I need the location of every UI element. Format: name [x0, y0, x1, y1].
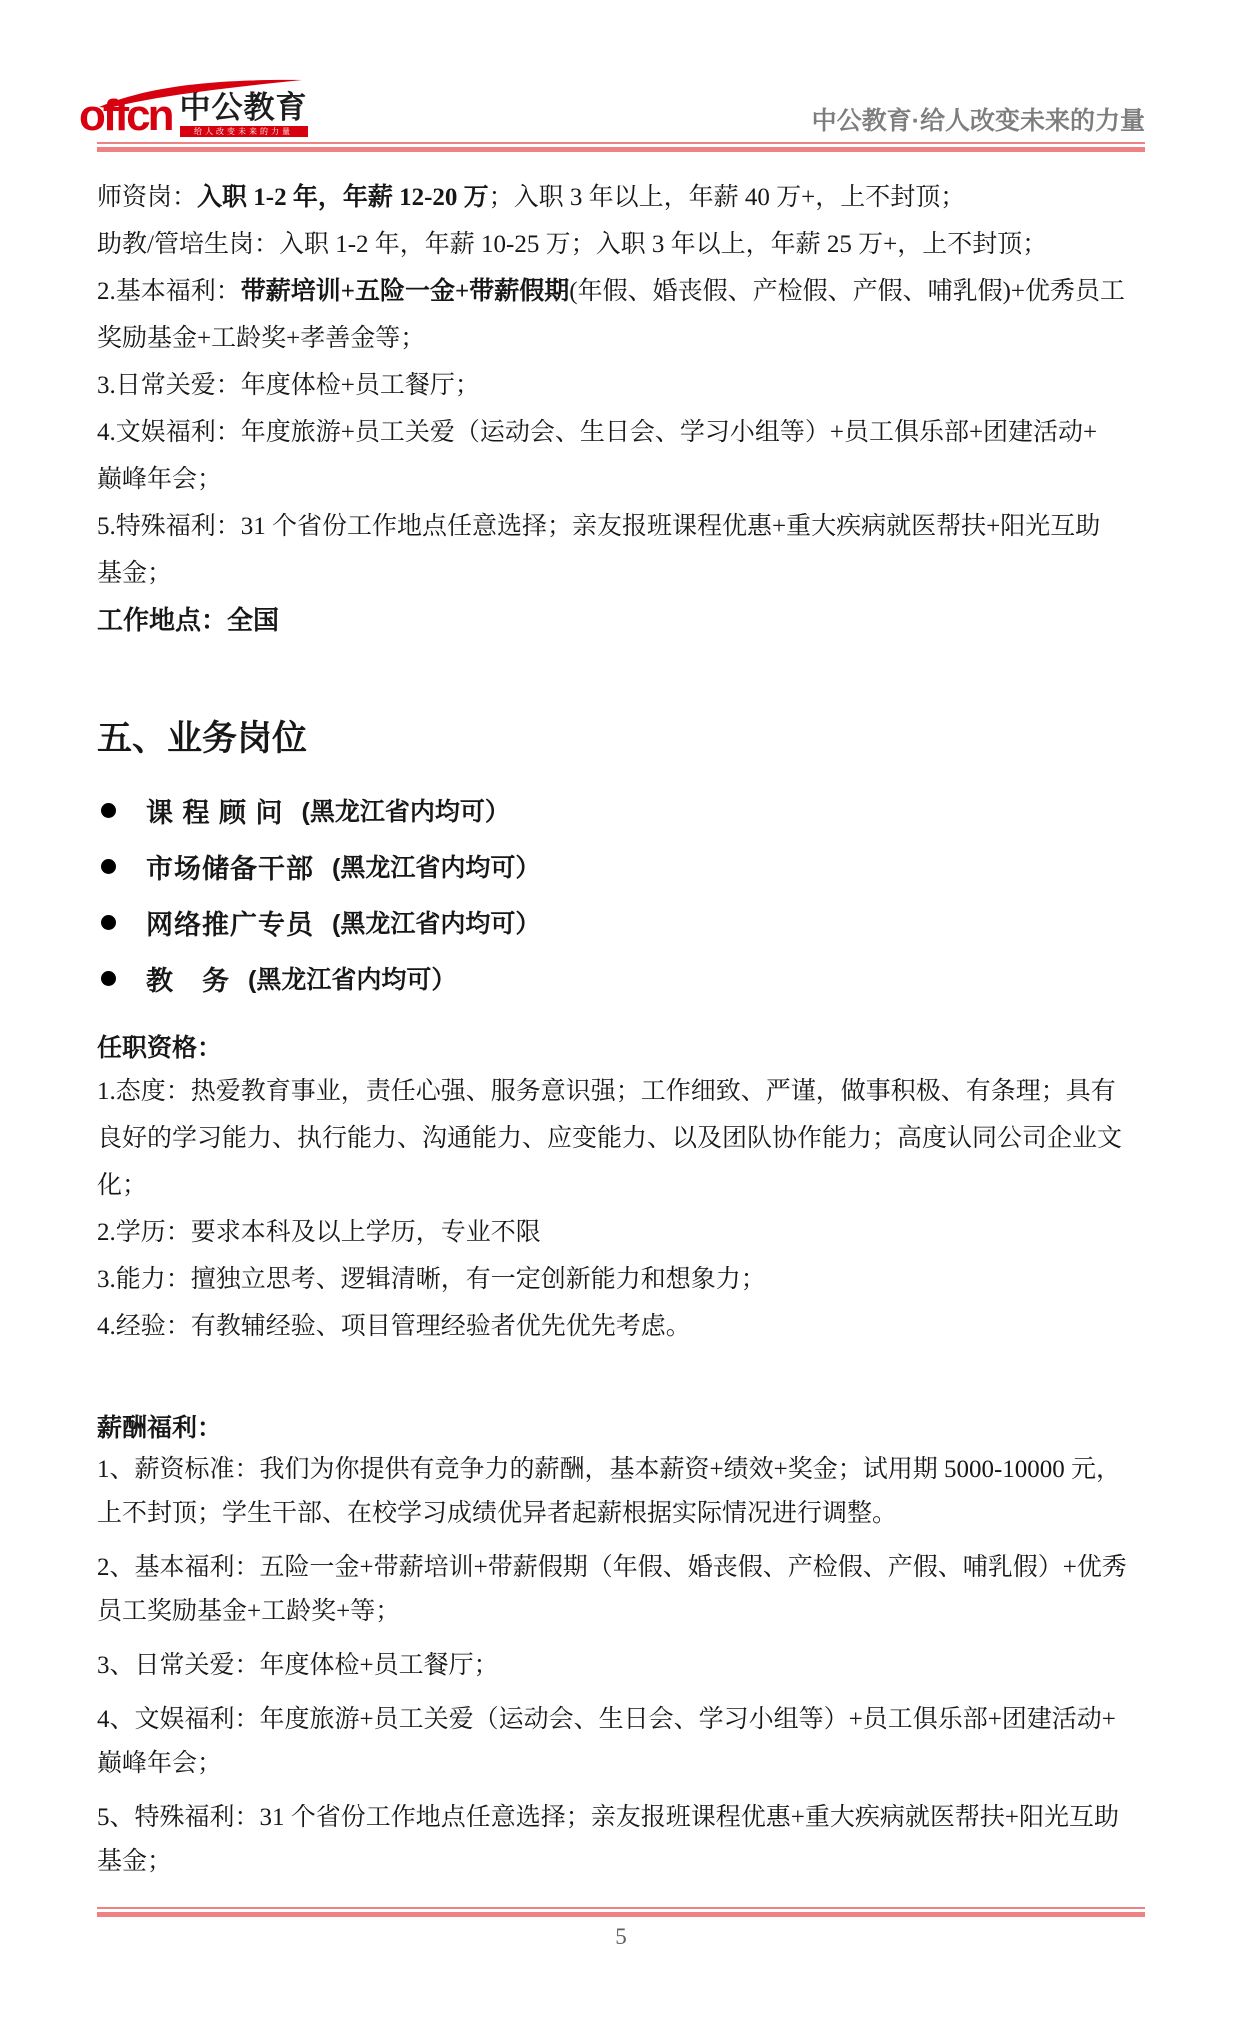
- intro-line: 巅峰年会；: [97, 456, 1145, 503]
- intro-line: 基金；: [97, 550, 1145, 597]
- bullet-dot-icon: [101, 859, 116, 874]
- position-item: 市场储备干部 (黑龙江省内均可）: [97, 838, 1145, 894]
- benefit-paragraph: 3、日常关爱：年度体检+员工餐厅；: [97, 1644, 1145, 1688]
- intro-line: 5.特殊福利：31 个省份工作地点任意选择；亲友报班课程优惠+重大疾病就医帮扶+…: [97, 503, 1145, 550]
- benefits-heading: 薪酬福利：: [97, 1408, 1145, 1448]
- benefit-line: 巅峰年会；: [97, 1742, 1145, 1786]
- intro-line: 助教/管培生岗：入职 1-2 年，年薪 10-25 万；入职 3 年以上，年薪 …: [97, 221, 1145, 268]
- position-location-note: (黑龙江省内均可）: [248, 960, 456, 996]
- footer-rule: [97, 1907, 1145, 1917]
- qualification-line: 4.经验：有教辅经验、项目管理经验者优先优先考虑。: [97, 1303, 1145, 1350]
- page-header: offcn 中公教育 给人改变未来的力量 中公教育·给人改变未来的力量: [97, 0, 1145, 138]
- position-item: 课 程 顾 问 (黑龙江省内均可）: [97, 782, 1145, 838]
- position-location-note: (黑龙江省内均可）: [332, 848, 540, 884]
- benefit-paragraph: 5、特殊福利：31 个省份工作地点任意选择；亲友报班课程优惠+重大疾病就医帮扶+…: [97, 1796, 1145, 1884]
- intro-line: 2.基本福利：带薪培训+五险一金+带薪假期(年假、婚丧假、产检假、产假、哺乳假)…: [97, 268, 1145, 315]
- benefit-line: 4、文娱福利：年度旅游+员工关爱（运动会、生日会、学习小组等）+员工俱乐部+团建…: [97, 1698, 1145, 1742]
- header-rule-band: [97, 147, 1145, 152]
- footer-rule-band: [97, 1912, 1145, 1917]
- offcn-logo: offcn 中公教育 给人改变未来的力量: [79, 86, 308, 138]
- qualification-line: 良好的学习能力、执行能力、沟通能力、应变能力、以及团队协作能力；高度认同公司企业…: [97, 1115, 1145, 1162]
- bullet-dot-icon: [101, 915, 116, 930]
- intro-line: 奖励基金+工龄奖+孝善金等；: [97, 315, 1145, 362]
- section-title: 五、业务岗位: [97, 716, 1145, 762]
- benefit-line: 3、日常关爱：年度体检+员工餐厅；: [97, 1644, 1145, 1688]
- header-rule: [97, 142, 1145, 152]
- benefit-line: 上不封顶；学生干部、在校学习成绩优异者起薪根据实际情况进行调整。: [97, 1492, 1145, 1536]
- logo-brand-block: 中公教育 给人改变未来的力量: [180, 91, 308, 138]
- qualifications-heading: 任职资格：: [97, 1028, 1145, 1068]
- position-item: 网络推广专员 (黑龙江省内均可）: [97, 894, 1145, 950]
- bullet-dot-icon: [101, 803, 116, 818]
- bullet-dot-icon: [101, 971, 116, 986]
- document-body: 师资岗：入职 1-2 年，年薪 12-20 万；入职 3 年以上，年薪 40 万…: [97, 174, 1145, 1884]
- document-page: offcn 中公教育 给人改变未来的力量 中公教育·给人改变未来的力量 师资岗：…: [0, 0, 1242, 2037]
- position-list: 课 程 顾 问 (黑龙江省内均可） 市场储备干部 (黑龙江省内均可） 网络推广专…: [97, 782, 1145, 1006]
- qualification-line: 1.态度：热爱教育事业，责任心强、服务意识强；工作细致、严谨，做事积极、有条理；…: [97, 1068, 1145, 1115]
- position-title: 网络推广专员: [146, 903, 314, 942]
- position-location-note: (黑龙江省内均可）: [302, 792, 510, 828]
- benefit-paragraph: 4、文娱福利：年度旅游+员工关爱（运动会、生日会、学习小组等）+员工俱乐部+团建…: [97, 1698, 1145, 1786]
- benefit-line: 基金；: [97, 1840, 1145, 1884]
- logo-wordmark: offcn: [79, 94, 172, 138]
- position-item: 教 务 (黑龙江省内均可）: [97, 950, 1145, 1006]
- intro-line: 3.日常关爱：年度体检+员工餐厅；: [97, 362, 1145, 409]
- logo-brand-name: 中公教育: [180, 91, 308, 124]
- benefit-line: 5、特殊福利：31 个省份工作地点任意选择；亲友报班课程优惠+重大疾病就医帮扶+…: [97, 1796, 1145, 1840]
- intro-line: 4.文娱福利：年度旅游+员工关爱（运动会、生日会、学习小组等）+员工俱乐部+团建…: [97, 409, 1145, 456]
- logo-tagline: 给人改变未来的力量: [180, 126, 308, 137]
- benefit-paragraph: 1、薪资标准：我们为你提供有竞争力的薪酬，基本薪资+绩效+奖金；试用期 5000…: [97, 1448, 1145, 1536]
- position-title: 课 程 顾 问: [146, 791, 284, 830]
- page-footer: 5: [97, 1903, 1145, 1950]
- intro-line: 师资岗：入职 1-2 年，年薪 12-20 万；入职 3 年以上，年薪 40 万…: [97, 174, 1145, 221]
- benefit-line: 2、基本福利：五险一金+带薪培训+带薪假期（年假、婚丧假、产检假、产假、哺乳假）…: [97, 1546, 1145, 1590]
- header-slogan: 中公教育·给人改变未来的力量: [812, 106, 1145, 138]
- position-title: 市场储备干部: [146, 847, 314, 886]
- qualification-line: 2.学历：要求本科及以上学历，专业不限: [97, 1209, 1145, 1256]
- benefit-paragraph: 2、基本福利：五险一金+带薪培训+带薪假期（年假、婚丧假、产检假、产假、哺乳假）…: [97, 1546, 1145, 1634]
- qualification-line: 3.能力：擅独立思考、逻辑清晰，有一定创新能力和想象力；: [97, 1256, 1145, 1303]
- work-location: 工作地点：全国: [97, 597, 1145, 644]
- benefit-line: 1、薪资标准：我们为你提供有竞争力的薪酬，基本薪资+绩效+奖金；试用期 5000…: [97, 1448, 1145, 1492]
- position-location-note: (黑龙江省内均可）: [332, 904, 540, 940]
- page-content: offcn 中公教育 给人改变未来的力量 中公教育·给人改变未来的力量 师资岗：…: [97, 0, 1145, 1884]
- benefit-line: 员工奖励基金+工龄奖+等；: [97, 1590, 1145, 1634]
- position-title: 教 务: [146, 959, 230, 998]
- qualification-line: 化；: [97, 1162, 1145, 1209]
- page-number: 5: [97, 1924, 1145, 1950]
